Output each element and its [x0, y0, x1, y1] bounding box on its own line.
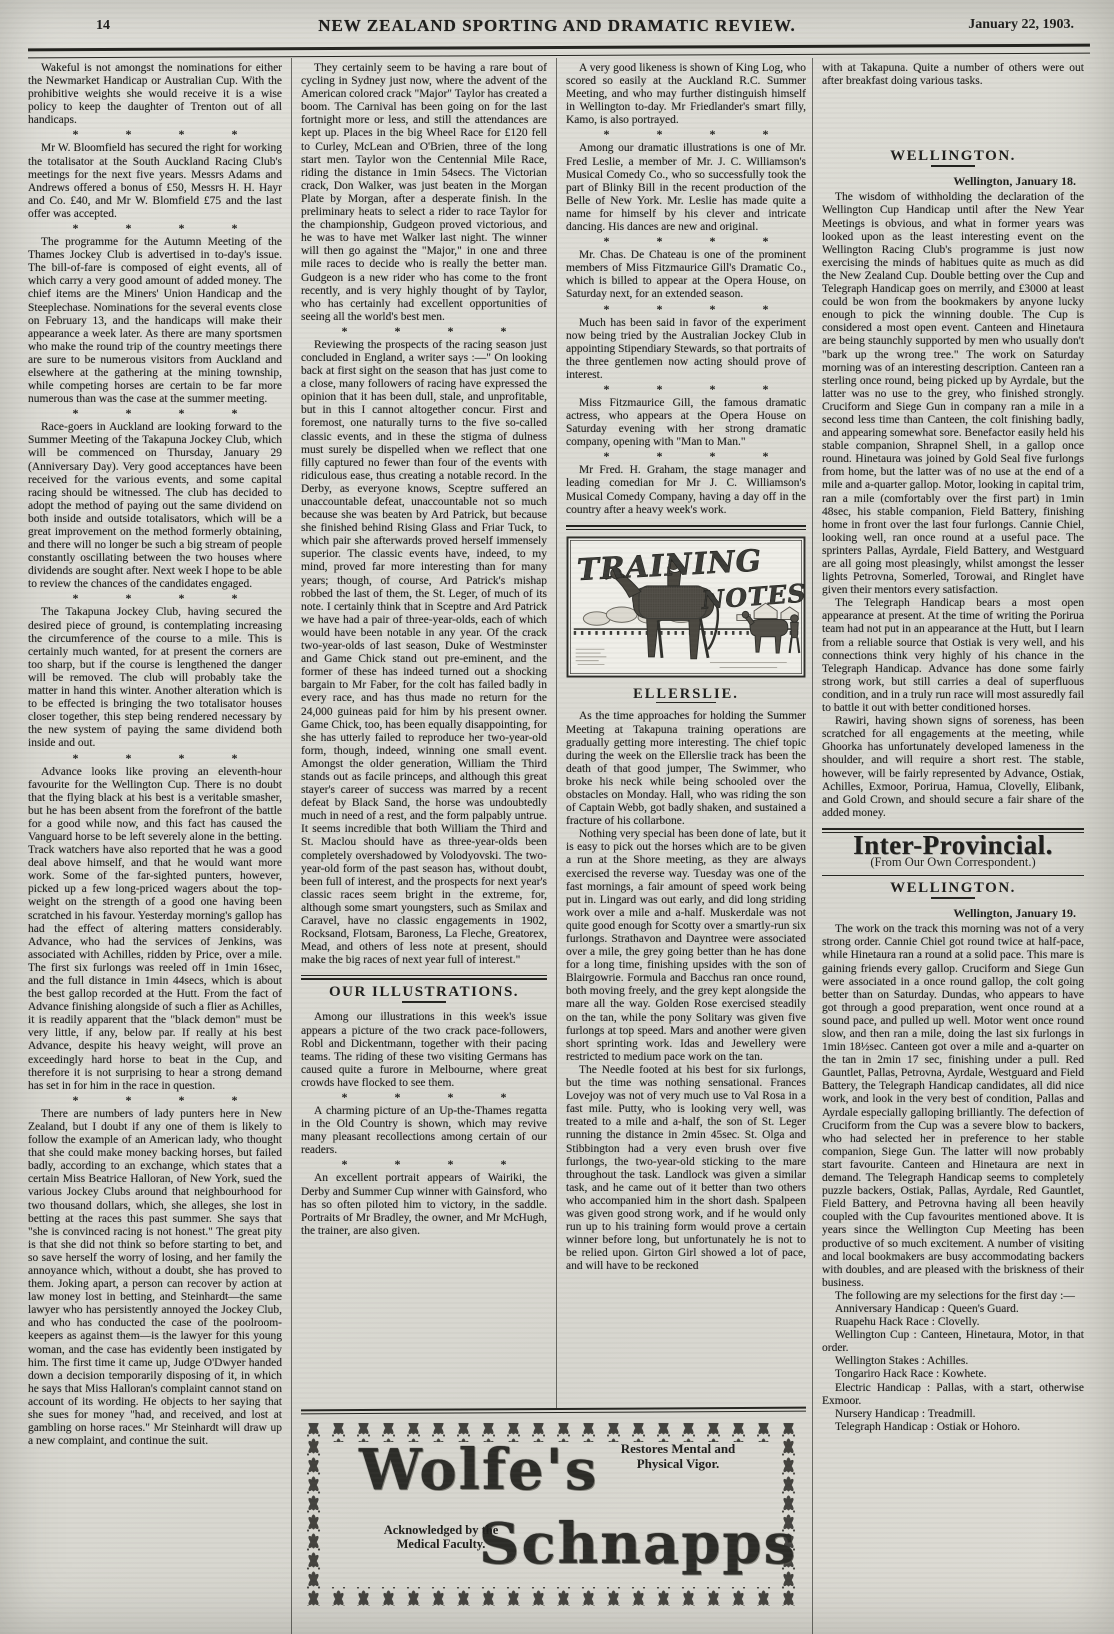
header-rule: [28, 44, 1090, 59]
section-rule: [566, 525, 806, 530]
page-header: 14 NEW ZEALAND SPORTING AND DRAMATIC REV…: [28, 14, 1086, 40]
paragraph: The following are my selections for the …: [822, 1290, 1084, 1303]
asterisk-separator: * * * *: [301, 1090, 547, 1105]
newspaper-page: 14 NEW ZEALAND SPORTING AND DRAMATIC REV…: [0, 0, 1114, 1634]
paragraph: Reviewing the prospects of the racing se…: [301, 339, 547, 968]
paragraph: The programme for the Autumn Meeting of …: [28, 236, 282, 406]
asterisk-separator: * * * *: [28, 406, 282, 421]
ad-top-rule: [301, 1407, 806, 1415]
asterisk-separator: * * * *: [566, 234, 806, 249]
paragraph: The wisdom of withholding the declaratio…: [822, 191, 1084, 597]
inter-provincial-heading: Inter-Provincial.: [822, 839, 1084, 852]
selection-item: Wellington Cup : Canteen, Hinetaura, Mot…: [822, 1329, 1084, 1355]
dateline: Wellington, January 18.: [822, 175, 1084, 188]
heading-underline: [931, 897, 975, 899]
column-divider-3: [812, 58, 813, 1634]
paragraph: Mr Fred. H. Graham, the stage manager an…: [566, 464, 806, 516]
column-1: Wakeful is not amongst the nominations f…: [28, 62, 282, 1630]
heading-underline: [656, 702, 716, 704]
paragraph: The Telegraph Handicap bears a most open…: [822, 597, 1084, 715]
wolfes-schnapps-ad: Wolfe's Schnapps Restores Mental and Phy…: [301, 1408, 806, 1632]
issue-date: January 22, 1903.: [968, 17, 1074, 33]
paragraph: Wakeful is not amongst the nominations f…: [28, 62, 282, 127]
selection-item: Anniversary Handicap : Queen's Guard.: [822, 1303, 1084, 1316]
paragraph: Rawiri, having shown signs of soreness, …: [822, 715, 1084, 820]
paragraph: Race-goers in Auckland are looking forwa…: [28, 421, 282, 591]
paragraph: There are numbers of lady punters here i…: [28, 1108, 282, 1448]
wellington-heading: WELLINGTON.: [822, 150, 1084, 163]
selection-item: Tongariro Hack Race : Kowhete.: [822, 1368, 1084, 1381]
column-divider-2: [556, 58, 557, 1408]
our-illustrations-heading: OUR ILLUSTRATIONS.: [301, 986, 547, 999]
paragraph: Advance looks like proving an eleventh-h…: [28, 766, 282, 1093]
selection-item: Nursery Handicap : Treadmill.: [822, 1408, 1084, 1421]
paragraph: The Needle footed at his best for six fu…: [566, 1064, 806, 1274]
selection-item: Telegraph Handicap : Ostiak or Hohoro.: [822, 1421, 1084, 1434]
continuation-paragraph: with at Takapuna. Quite a number of othe…: [822, 62, 1084, 88]
asterisk-separator: * * * *: [28, 221, 282, 236]
column-divider-1: [291, 58, 292, 1634]
training-notes-illustration: TRAINING NOTES: [566, 536, 806, 682]
selection-item: Electric Handicap : Pallas, with a start…: [822, 1382, 1084, 1408]
ad-brand-word-2: Schnapps: [479, 1511, 797, 1577]
paragraph: Among our illustrations in this week's i…: [301, 1011, 547, 1090]
paragraph: Nothing very special has been done of la…: [566, 828, 806, 1064]
heading-underline: [931, 165, 975, 167]
dateline: Wellington, January 19.: [822, 907, 1084, 920]
section-rule: [822, 875, 1084, 876]
ellerslie-heading: ELLERSLIE.: [566, 688, 806, 701]
wellington-subheading: WELLINGTON.: [822, 882, 1084, 895]
selection-item: Ruapehu Hack Race : Clovelly.: [822, 1316, 1084, 1329]
asterisk-separator: * * * *: [28, 751, 282, 766]
masthead-title: NEW ZEALAND SPORTING AND DRAMATIC REVIEW…: [28, 16, 1086, 36]
paragraph: An excellent portrait appears of Wairiki…: [301, 1172, 547, 1237]
column-4: with at Takapuna. Quite a number of othe…: [822, 62, 1084, 1630]
heading-underline: [402, 1001, 446, 1003]
paragraph: A very good likeness is shown of King Lo…: [566, 62, 806, 127]
asterisk-separator: * * * *: [301, 1157, 547, 1172]
paragraph: They certainly seem to be having a rare …: [301, 62, 547, 324]
asterisk-separator: * * * *: [28, 127, 282, 142]
ad-brand-word-1: Wolfe's: [359, 1437, 598, 1503]
paragraph: The Takapuna Jockey Club, having secured…: [28, 606, 282, 750]
asterisk-separator: * * * *: [566, 382, 806, 397]
paragraph: Much has been said in favor of the exper…: [566, 317, 806, 382]
asterisk-separator: * * * *: [566, 302, 806, 317]
paragraph: Miss Fitzmaurice Gill, the famous dramat…: [566, 397, 806, 449]
asterisk-separator: * * * *: [28, 591, 282, 606]
selection-item: Wellington Stakes : Achilles.: [822, 1355, 1084, 1368]
paragraph: The work on the track this morning was n…: [822, 923, 1084, 1290]
paragraph: Mr W. Bloomfield has secured the right f…: [28, 142, 282, 221]
paragraph: As the time approaches for holding the S…: [566, 710, 806, 828]
asterisk-separator: * * * *: [566, 449, 806, 464]
paragraph: A charming picture of an Up-the-Thames r…: [301, 1105, 547, 1157]
asterisk-separator: * * * *: [566, 127, 806, 142]
paragraph: Among our dramatic illustrations is one …: [566, 142, 806, 234]
section-rule: [301, 975, 547, 980]
paragraph: Mr. Chas. De Chateau is one of the promi…: [566, 249, 806, 301]
asterisk-separator: * * * *: [301, 324, 547, 339]
column-3: A very good likeness is shown of King Lo…: [566, 62, 806, 1408]
asterisk-separator: * * * *: [28, 1093, 282, 1108]
ad-slogan-right: Restores Mental and Physical Vigor.: [598, 1441, 758, 1471]
column-2: They certainly seem to be having a rare …: [301, 62, 547, 1406]
ad-slogan-left: Acknowledged by the Medical Faculty.: [373, 1523, 509, 1551]
